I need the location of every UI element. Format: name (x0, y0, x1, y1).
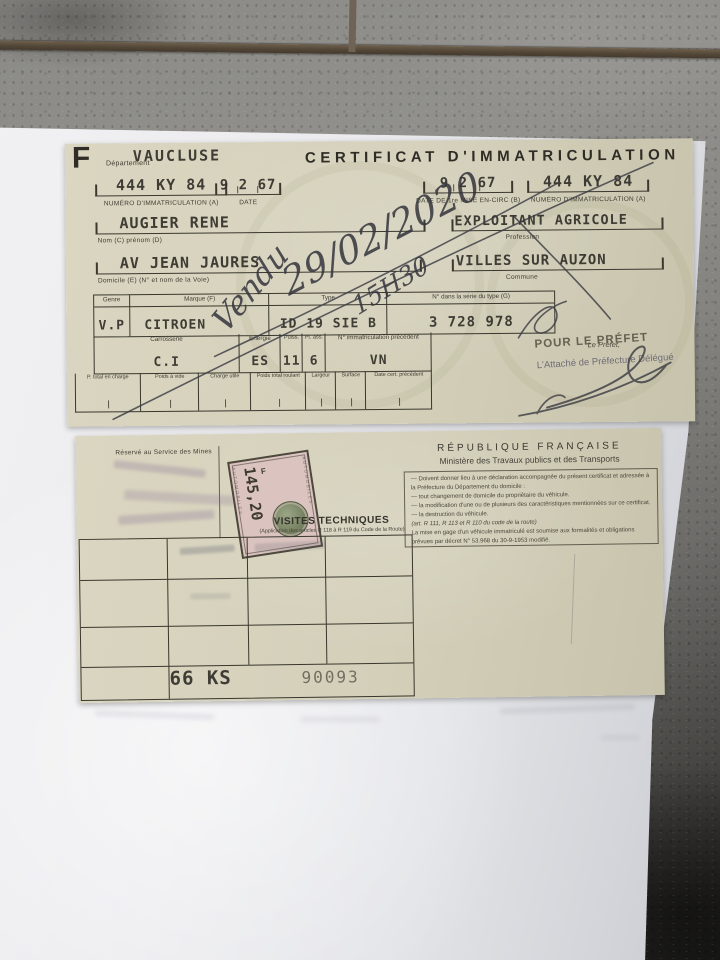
previous-registration-column: N° immatriculation précédent VN (324, 333, 431, 372)
date-value: 9 2 67 (220, 177, 277, 194)
registration-number-value-right: 444 KY 84 (543, 172, 633, 192)
weight-col-7: Date cert. précédent (365, 371, 432, 410)
energie-value: ES (240, 354, 281, 369)
serial-number-value: 3 728 978 (387, 313, 555, 330)
registration-number-field: 444 KY 84 (95, 172, 227, 196)
weight-col-4: Poids total roulant (250, 372, 306, 410)
tile-grout-line-vertical (348, 0, 356, 52)
faded-stamp-mark (124, 490, 234, 506)
mines-service-label: Réservé au Service des Mines (115, 448, 212, 456)
photo-of-registration-certificate: F Département VAUCLUSE CERTIFICAT D'IMMA… (0, 0, 720, 960)
address-label: Domicile (E) (N° et nom de la Voie) (98, 276, 209, 284)
profession-label: Profession (506, 234, 540, 241)
serial-number-column: N° dans la série du type (G) 3 728 978 (386, 291, 555, 333)
certificate-back-card: Réservé au Service des Mines AUTOMOBILES… (75, 428, 665, 703)
puissance-header: Puiss. (280, 335, 302, 341)
type-value: ID 19 SIE B (269, 316, 387, 332)
mirrored-ink-mark (180, 544, 235, 555)
profession-field: EXPLOITANT AGRICOLE (451, 209, 663, 232)
grid-line (325, 537, 328, 664)
date-label: DATE (198, 199, 298, 207)
registration-number-value: 444 KY 84 (116, 176, 206, 196)
genre-value: V.P (94, 318, 129, 333)
show-through-mark (300, 717, 380, 722)
serial-number-header: N° dans la série du type (G) (387, 292, 555, 300)
registration-number-label-right: NUMÉRO D'IMMATRICULATION (A) (503, 195, 673, 203)
genre-header: Genre (94, 296, 129, 303)
places-column: Pl. ass. 6 (301, 333, 325, 371)
previous-cert-date-header: Date cert. précédent (366, 372, 432, 379)
commune-value: VILLES SUR AUZON (452, 252, 607, 270)
places-header: Pl. ass. (302, 334, 325, 340)
faded-stamp-mark (118, 510, 214, 525)
commune-label: Commune (506, 274, 538, 281)
grid-line (247, 538, 250, 665)
mirrored-ink-mark (190, 593, 230, 600)
certificate-title: CERTIFICAT D'IMMATRICULATION (305, 146, 680, 166)
notice-text-box: — Doivent donner lieu à une déclaration … (404, 468, 659, 548)
carrosserie-header: Carrosserie (94, 335, 238, 343)
mirrored-ink-mark (255, 540, 325, 551)
faded-stamp-mark (113, 460, 205, 478)
previous-registration-value: VN (326, 353, 432, 369)
code-left: 66 KS (169, 667, 232, 690)
energie-column: Energie ES (238, 334, 280, 372)
empty-weight-header: Poids à vide (141, 374, 199, 381)
owner-name-value: AUGIER RENE (95, 213, 230, 233)
commune-field: VILLES SUR AUZON (452, 249, 664, 272)
width-header: Largeur (306, 372, 336, 378)
inspection-grid: 66 KS 90093 (79, 534, 415, 701)
ministry-subtitle: Ministère des Travaux publics et des Tra… (405, 453, 653, 466)
weight-col-2: Poids à vide (140, 373, 199, 412)
payload-header: Charge utile (199, 373, 251, 379)
notice-footer: La mise en gage d'un véhicule immatricul… (412, 526, 652, 547)
places-value: 6 (303, 353, 326, 368)
carrosserie-column: Carrosserie C.I (94, 334, 238, 373)
profession-value: EXPLOITANT AGRICOLE (451, 212, 628, 231)
weight-table: P. total en charge Poids à vide Charge u… (75, 371, 432, 413)
puissance-value: 11 (281, 354, 303, 369)
show-through-mark (600, 735, 640, 740)
genre-column: Genre V.P (94, 295, 129, 336)
country-letter: F (72, 142, 91, 176)
rolling-weight-header: Poids total roulant (251, 373, 306, 379)
owner-name-label: Nom (C) prénom (D) (98, 237, 163, 245)
le-prefet-print: Le Préfet, (588, 340, 621, 349)
energy-table: Carrosserie C.I Energie ES Puiss. 11 Pl.… (93, 333, 431, 375)
republique-francaise-title: RÉPUBLIQUE FRANÇAISE (405, 440, 653, 454)
puissance-column: Puiss. 11 (279, 334, 302, 372)
weight-col-3: Charge utile (198, 372, 251, 410)
section-divider-line (218, 446, 220, 538)
weight-col-1: P. total en charge (76, 373, 140, 412)
carrosserie-value: C.I (95, 354, 239, 370)
surface-header: Surface (336, 372, 366, 378)
registration-number-field-right: 444 KY 84 (527, 169, 649, 193)
departement-value: VAUCLUSE (133, 146, 221, 165)
total-charge-header: P. total en charge (76, 374, 140, 381)
faint-pen-stroke (571, 554, 576, 644)
date-field: 9 2 67 (215, 172, 281, 196)
previous-registration-header: N° immatriculation précédent (325, 334, 431, 342)
certificate-card: F Département VAUCLUSE CERTIFICAT D'IMMA… (65, 138, 695, 426)
energie-header: Energie (239, 335, 280, 342)
vehicle-table: Genre V.P Marque (F) CITROEN Type ID 19 … (93, 290, 555, 337)
address-value: AV JEAN JAURES (96, 253, 261, 273)
weight-col-6: Surface (335, 371, 366, 409)
weight-col-5: Largeur (305, 371, 336, 409)
code-right: 90093 (301, 667, 359, 687)
stamp-currency: F (260, 466, 266, 476)
